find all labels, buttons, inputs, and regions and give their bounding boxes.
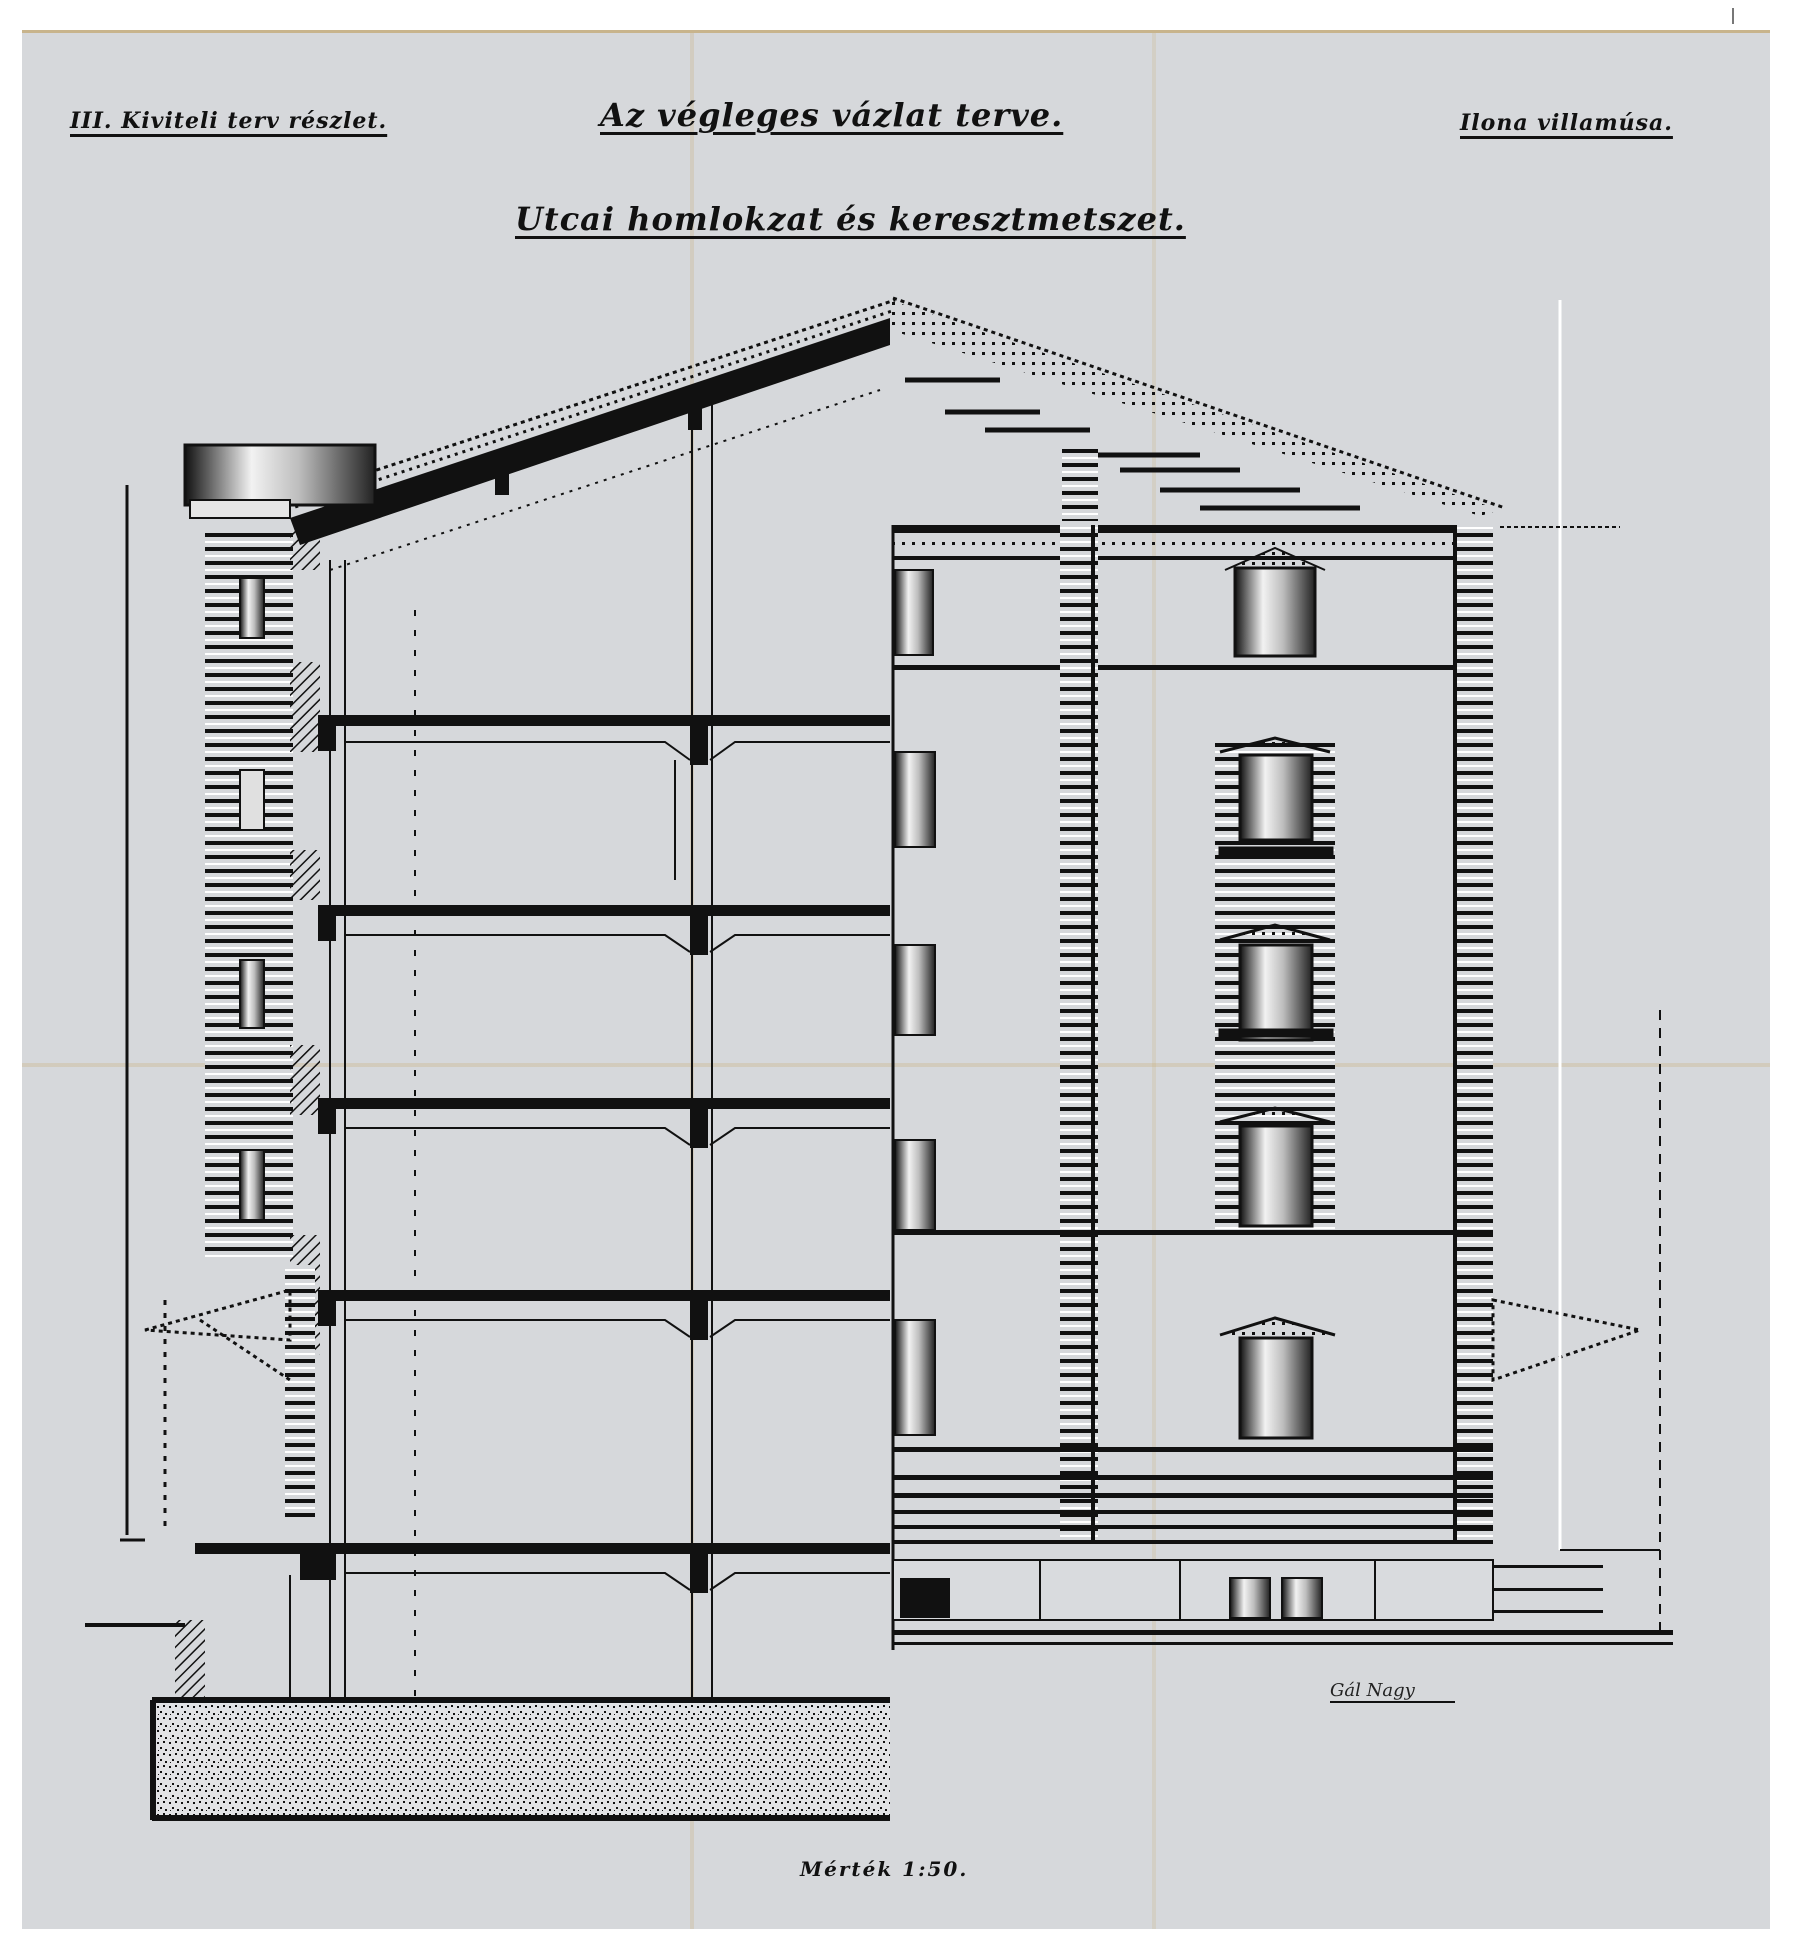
- building-drawing: [0, 0, 1794, 1945]
- left-outer-wall: [205, 530, 320, 1520]
- scale-label: Mérték 1:50.: [800, 1857, 968, 1881]
- left-entrance-canopy: [145, 1290, 290, 1380]
- section-ceiling-lines: [290, 395, 890, 1700]
- architect-signature: Gál Nagy: [1330, 1680, 1455, 1703]
- left-dimension-line: [120, 485, 165, 1540]
- foundation: [85, 1620, 890, 1821]
- right-dimension-line: [1500, 300, 1660, 1630]
- street-facade: [893, 525, 1673, 1650]
